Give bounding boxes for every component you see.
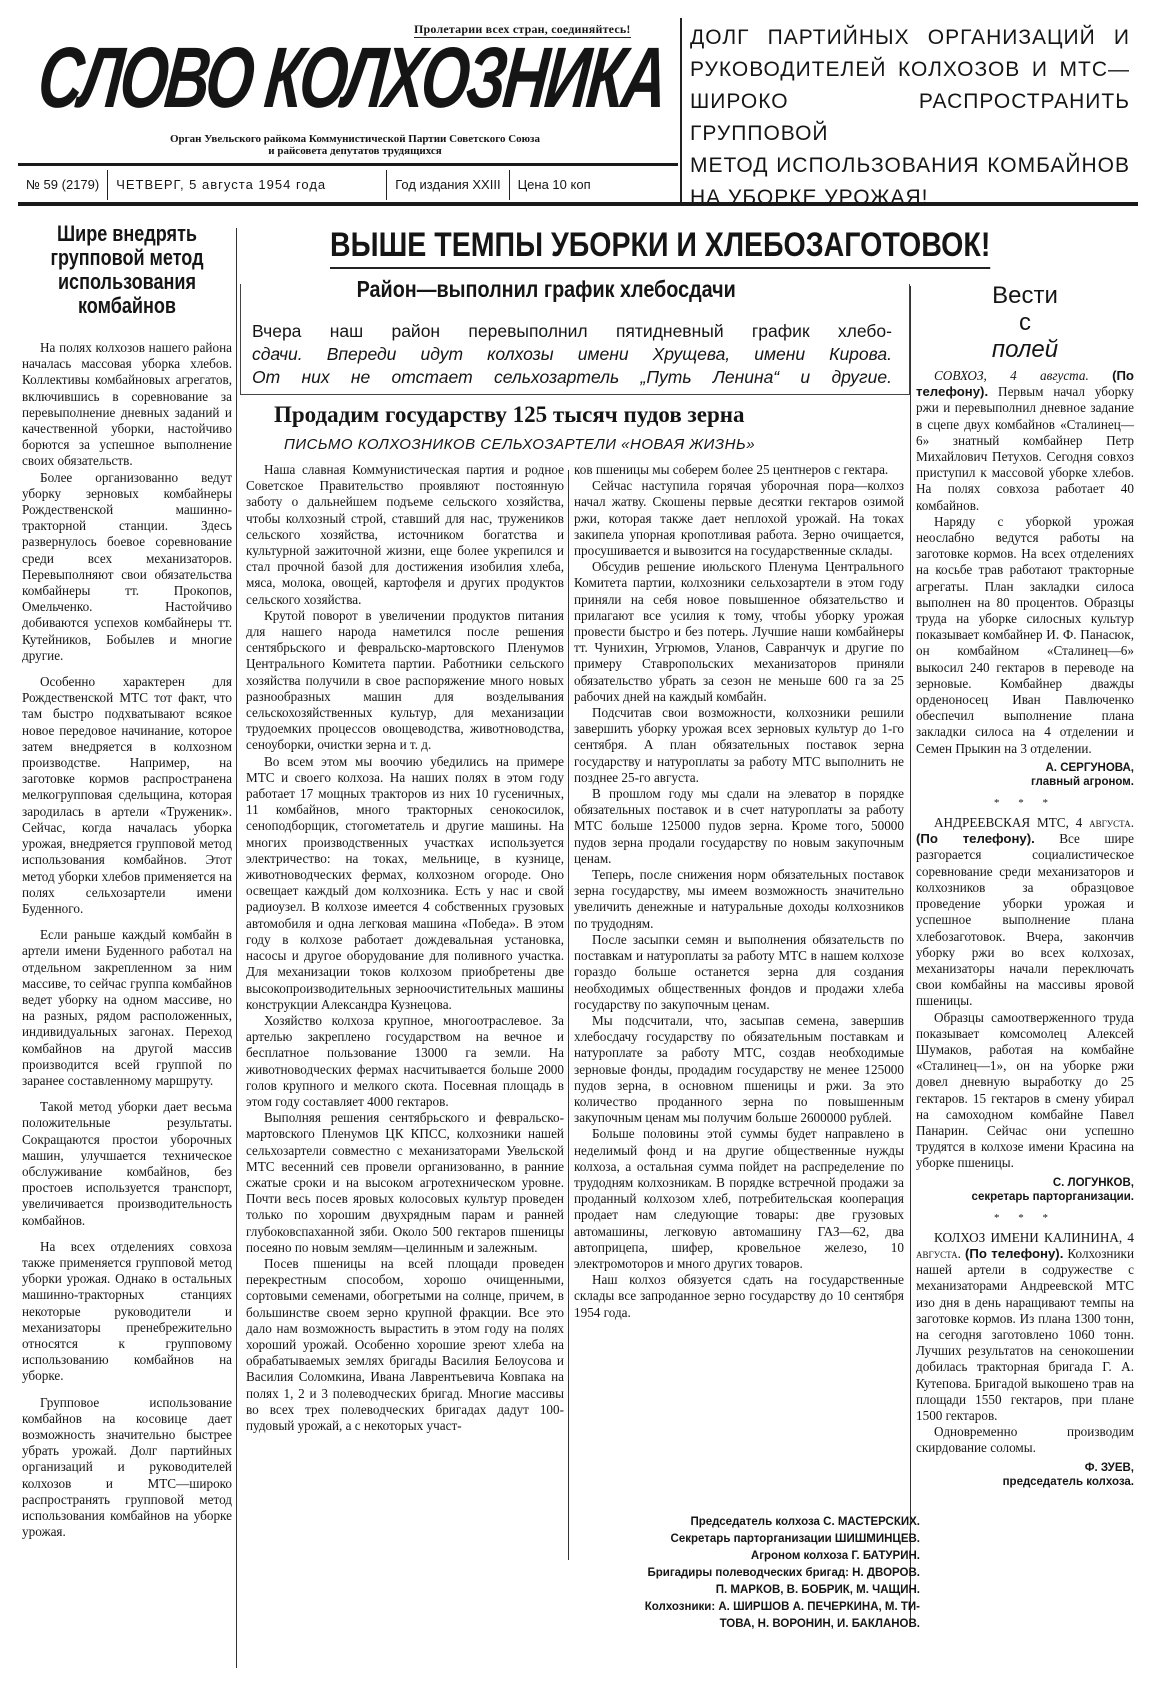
paragraph: ков пшеницы мы соберем более 25 центнеро… <box>574 462 904 478</box>
publisher-line-2: и райсовета депутатов трудящихся <box>120 145 590 157</box>
report-author-title: председатель колхоза. <box>916 1475 1134 1489</box>
report-source: (По телефону). <box>965 1246 1063 1261</box>
paragraph: Мы подсчитали, что, засыпав семена, заве… <box>574 1013 904 1126</box>
paragraph: Первым начал уборку ржи и перевыполнил д… <box>916 384 1134 512</box>
paragraph: Образцы самоотверженного труда показывае… <box>916 1010 1134 1172</box>
issue-date: ЧЕТВЕРГ, 5 августа 1954 года <box>108 170 387 200</box>
publisher-line-1: Орган Увельского райкома Коммунистическо… <box>120 133 590 145</box>
paragraph: Подсчитав свои возможности, колхозники р… <box>574 705 904 786</box>
field-news-body: СОВХОЗ, 4 августа. (По телефону). Первым… <box>916 368 1134 1489</box>
paragraph: Колхозники нашей артели в содружестве с … <box>916 1246 1134 1423</box>
signature-line: Бригадиры полеводческих бригад: Н. ДВОРО… <box>600 1565 920 1582</box>
publication-year: Год издания XXIII <box>387 170 509 200</box>
report-author-title: главный агроном. <box>916 775 1134 789</box>
report-dateline: СОВХОЗ, 4 августа. <box>934 368 1089 383</box>
report-author: С. ЛОГУНКОВ, <box>916 1176 1134 1190</box>
paragraph: В прошлом году мы сдали на элеватор в по… <box>574 786 904 867</box>
paragraph: Одновременно производим скирдование соло… <box>916 1424 1134 1456</box>
news-report: АНДРЕЕВСКАЯ МТС, 4 августа. (По телефону… <box>916 815 1134 1203</box>
newspaper-title: СЛОВО КОЛХОЗНИКА <box>34 28 670 128</box>
paragraph: На всех отделениях совхоза также применя… <box>22 1239 232 1385</box>
paragraph: Обсудив решение июльского Пленума Центра… <box>574 559 904 705</box>
signature-line: Секретарь парторганизации ШИШМИНЦЕВ. <box>600 1531 920 1548</box>
left-article-headline: Шире внедрять групповой метод использова… <box>41 222 213 318</box>
report-source: (По телефону). <box>916 831 1035 846</box>
publisher-line: Орган Увельского райкома Коммунистическо… <box>120 133 590 157</box>
paragraph: Хозяйство колхоза крупное, многоотраслев… <box>246 1013 564 1110</box>
signature-line: Агроном колхоза Г. БАТУРИН. <box>600 1548 920 1565</box>
paragraph: Больше половины этой суммы будет направл… <box>574 1126 904 1272</box>
signature-line: П. МАРКОВ, В. БОБРИК, М. ЧАЩИН. <box>600 1582 920 1599</box>
section-asterism: * * * <box>916 1210 1134 1226</box>
masthead-bottom-rule <box>18 202 1138 206</box>
headline-line: Вести <box>930 282 1120 309</box>
report-author: А. СЕРГУНОВА, <box>916 761 1134 775</box>
issue-number: № 59 (2179) <box>18 170 108 200</box>
banner-line: НА УБОРКЕ УРОЖАЯ! <box>690 182 1130 214</box>
paragraph: Сейчас наступила горячая уборочная пора—… <box>574 478 904 559</box>
masthead-rule <box>18 163 678 166</box>
headline-line: Шире внедрять <box>41 222 213 246</box>
box-line: Вчера наш район перевыполнил пятидневный… <box>252 320 892 343</box>
paragraph: После засыпки семян и выполнения обязате… <box>574 932 904 1013</box>
signature-line: Председатель колхоза С. МАСТЕРСКИХ. <box>600 1514 920 1531</box>
main-headline: ВЫШЕ ТЕМПЫ УБОРКИ И ХЛЕБОЗАГОТОВОК! <box>330 226 990 269</box>
headline-line: комбайнов <box>41 294 213 318</box>
paragraph: Такой метод уборки дает весьма положител… <box>22 1099 232 1229</box>
letter-subheadline: ПИСЬМО КОЛХОЗНИКОВ СЕЛЬХОЗАРТЕЛИ «НОВАЯ … <box>284 436 755 453</box>
paragraph: Если раньше каждый комбайн в артели имен… <box>22 927 232 1089</box>
banner-line: РУКОВОДИТЕЛЕЙ КОЛХОЗОВ И МТС— <box>690 54 1130 86</box>
paragraph: Крутой поворот в увеличении продуктов пи… <box>246 608 564 754</box>
column-divider <box>236 228 237 1668</box>
field-news-headline: Вести с полей <box>930 282 1120 363</box>
paragraph: Более организованно ведут уборку зерновы… <box>22 470 232 664</box>
paragraph: Наряду с уборкой урожая неослабно ведутс… <box>916 514 1134 757</box>
banner-slogan: ДОЛГ ПАРТИЙНЫХ ОРГАНИЗАЦИЙ И РУКОВОДИТЕЛ… <box>690 22 1130 214</box>
report-author: Ф. ЗУЕВ, <box>916 1461 1134 1475</box>
headline-line: полей <box>930 336 1120 363</box>
masthead-divider <box>680 18 682 204</box>
banner-line: МЕТОД ИСПОЛЬЗОВАНИЯ КОМБАЙНОВ <box>690 150 1130 182</box>
banner-line: ШИРОКО РАСПРОСТРАНИТЬ ГРУППОВОЙ <box>690 86 1130 150</box>
letter-headline: Продадим государству 125 тысяч пудов зер… <box>274 402 745 428</box>
report-dateline: АНДРЕЕВСКАЯ МТС, 4 августа. <box>934 815 1134 830</box>
issue-price: Цена 10 коп <box>510 170 599 200</box>
paragraph: Выполняя решения сентябрьского и февраль… <box>246 1110 564 1256</box>
news-report: СОВХОЗ, 4 августа. (По телефону). Первым… <box>916 368 1134 789</box>
paragraph: Посев пшеницы на всей площади проведен п… <box>246 1256 564 1434</box>
letter-column-1: Наша славная Коммунистическая партия и р… <box>246 462 564 1434</box>
column-divider <box>568 470 569 1560</box>
news-report: КОЛХОЗ ИМЕНИ КАЛИНИНА, 4 августа. (По те… <box>916 1230 1134 1489</box>
headline-line: использования <box>41 270 213 294</box>
left-article-body: На полях колхозов нашего района началась… <box>22 340 232 1540</box>
paragraph: Наша славная Коммунистическая партия и р… <box>246 462 564 608</box>
headline-line: с <box>930 309 1120 336</box>
paragraph: Во всем этом мы воочию убедились на прим… <box>246 754 564 1013</box>
paragraph: Групповое использование комбайнов на кос… <box>22 1395 232 1541</box>
district-box-headline: Район—выполнил график хлебосдачи <box>348 276 744 303</box>
headline-line: групповой метод <box>41 246 213 270</box>
report-author-title: секретарь парторганизации. <box>916 1190 1134 1204</box>
box-line: сдачи. Впереди идут колхозы имени Хрущев… <box>252 343 892 366</box>
box-line: От них не отстает сельхозартель „Путь Ле… <box>252 366 892 389</box>
signature-line: ТОВА, Н. ВОРОНИН, И. БАКЛАНОВ. <box>600 1616 920 1633</box>
paragraph: Все шире разгорается социалистическое со… <box>916 831 1134 1008</box>
column-divider <box>910 286 911 1626</box>
paragraph: Теперь, после снижения норм обязательных… <box>574 867 904 932</box>
section-asterism: * * * <box>916 795 1134 811</box>
banner-line: ДОЛГ ПАРТИЙНЫХ ОРГАНИЗАЦИЙ И <box>690 22 1130 54</box>
paragraph: Особенно характерен для Рождественской М… <box>22 674 232 917</box>
letter-signatures: Председатель колхоза С. МАСТЕРСКИХ. Секр… <box>600 1514 920 1633</box>
signature-line: Колхозники: А. ШИРШОВ А. ПЕЧЕРКИНА, М. Т… <box>600 1599 920 1616</box>
paragraph: Наш колхоз обязуется сдать на государств… <box>574 1272 904 1321</box>
letter-column-2: ков пшеницы мы соберем более 25 центнеро… <box>574 462 904 1321</box>
district-box-text: Вчера наш район перевыполнил пятидневный… <box>252 320 892 389</box>
paragraph: На полях колхозов нашего района началась… <box>22 340 232 470</box>
issue-info-bar: № 59 (2179) ЧЕТВЕРГ, 5 августа 1954 года… <box>18 170 678 200</box>
